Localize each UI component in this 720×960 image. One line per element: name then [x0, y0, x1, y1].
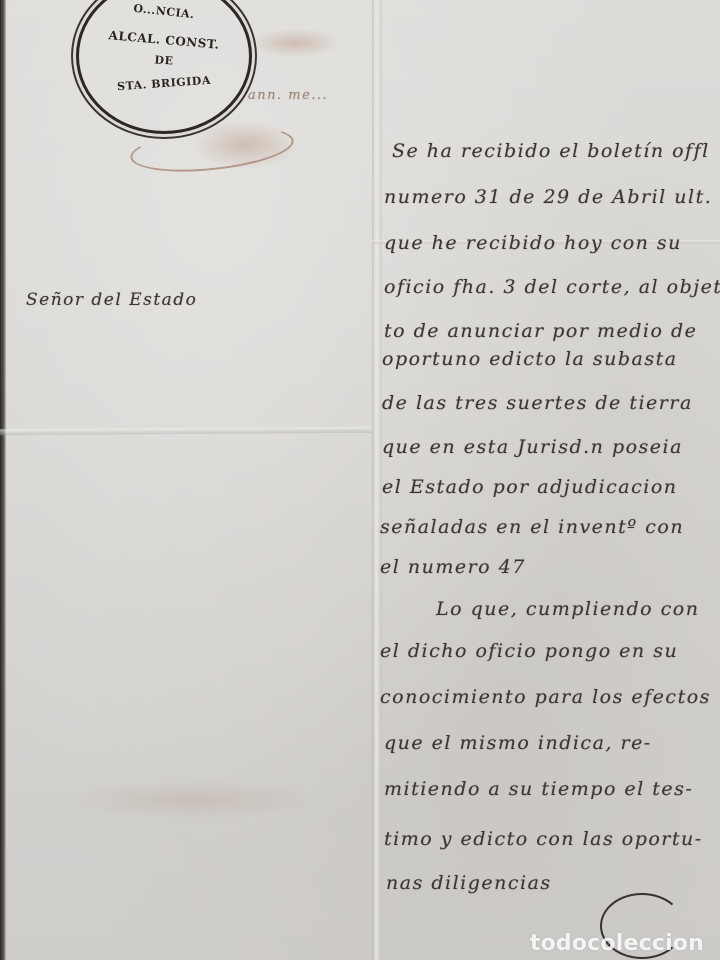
stamp-line: STA. BRIGIDA	[79, 71, 249, 96]
body-line: el Estado por adjudicacion	[382, 476, 678, 498]
page-edge-shadow	[0, 0, 6, 960]
ink-stain	[250, 28, 340, 58]
body-line: oportuno edicto la subasta	[382, 348, 678, 370]
vertical-fold	[372, 0, 382, 960]
body-line: señaladas en el inventº con	[380, 516, 684, 538]
body-line: que en esta Jurisd.n poseia	[382, 436, 683, 458]
body-line: el numero 47	[380, 556, 526, 578]
body-line: el dicho oficio pongo en su	[380, 640, 678, 662]
horizontal-fold-left	[0, 427, 372, 436]
body-line: nas diligencias	[386, 872, 552, 894]
body-line: que he recibido hoy con su	[384, 232, 682, 254]
body-line: to de anunciar por medio de	[384, 320, 697, 342]
body-line: Lo que, cumpliendo con	[436, 598, 699, 620]
ink-stain	[60, 780, 320, 820]
body-line: que el mismo indica, re-	[384, 732, 652, 754]
body-line: oficio fha. 3 del corte, al objeto	[384, 276, 720, 298]
watermark-logo: todocoleccion	[530, 931, 704, 956]
body-line: conocimiento para los efectos	[380, 686, 711, 708]
body-line: de las tres suertes de tierra	[382, 392, 693, 414]
letter-page: O...NCIA. ALCAL. CONST. DE STA. BRIGIDA …	[0, 0, 720, 960]
marginal-note: ann. me...	[248, 88, 328, 103]
salutation: Señor del Estado	[26, 290, 197, 310]
body-line: numero 31 de 29 de Abril ult.	[384, 186, 712, 208]
stamp-line: O...NCIA.	[79, 0, 249, 27]
official-seal-stamp: O...NCIA. ALCAL. CONST. DE STA. BRIGIDA	[76, 0, 252, 134]
body-line: Se ha recibido el boletín offl	[392, 140, 710, 162]
body-line: mitiendo a su tiempo el tes-	[384, 778, 693, 800]
body-line: timo y edicto con las oportu-	[384, 828, 703, 850]
